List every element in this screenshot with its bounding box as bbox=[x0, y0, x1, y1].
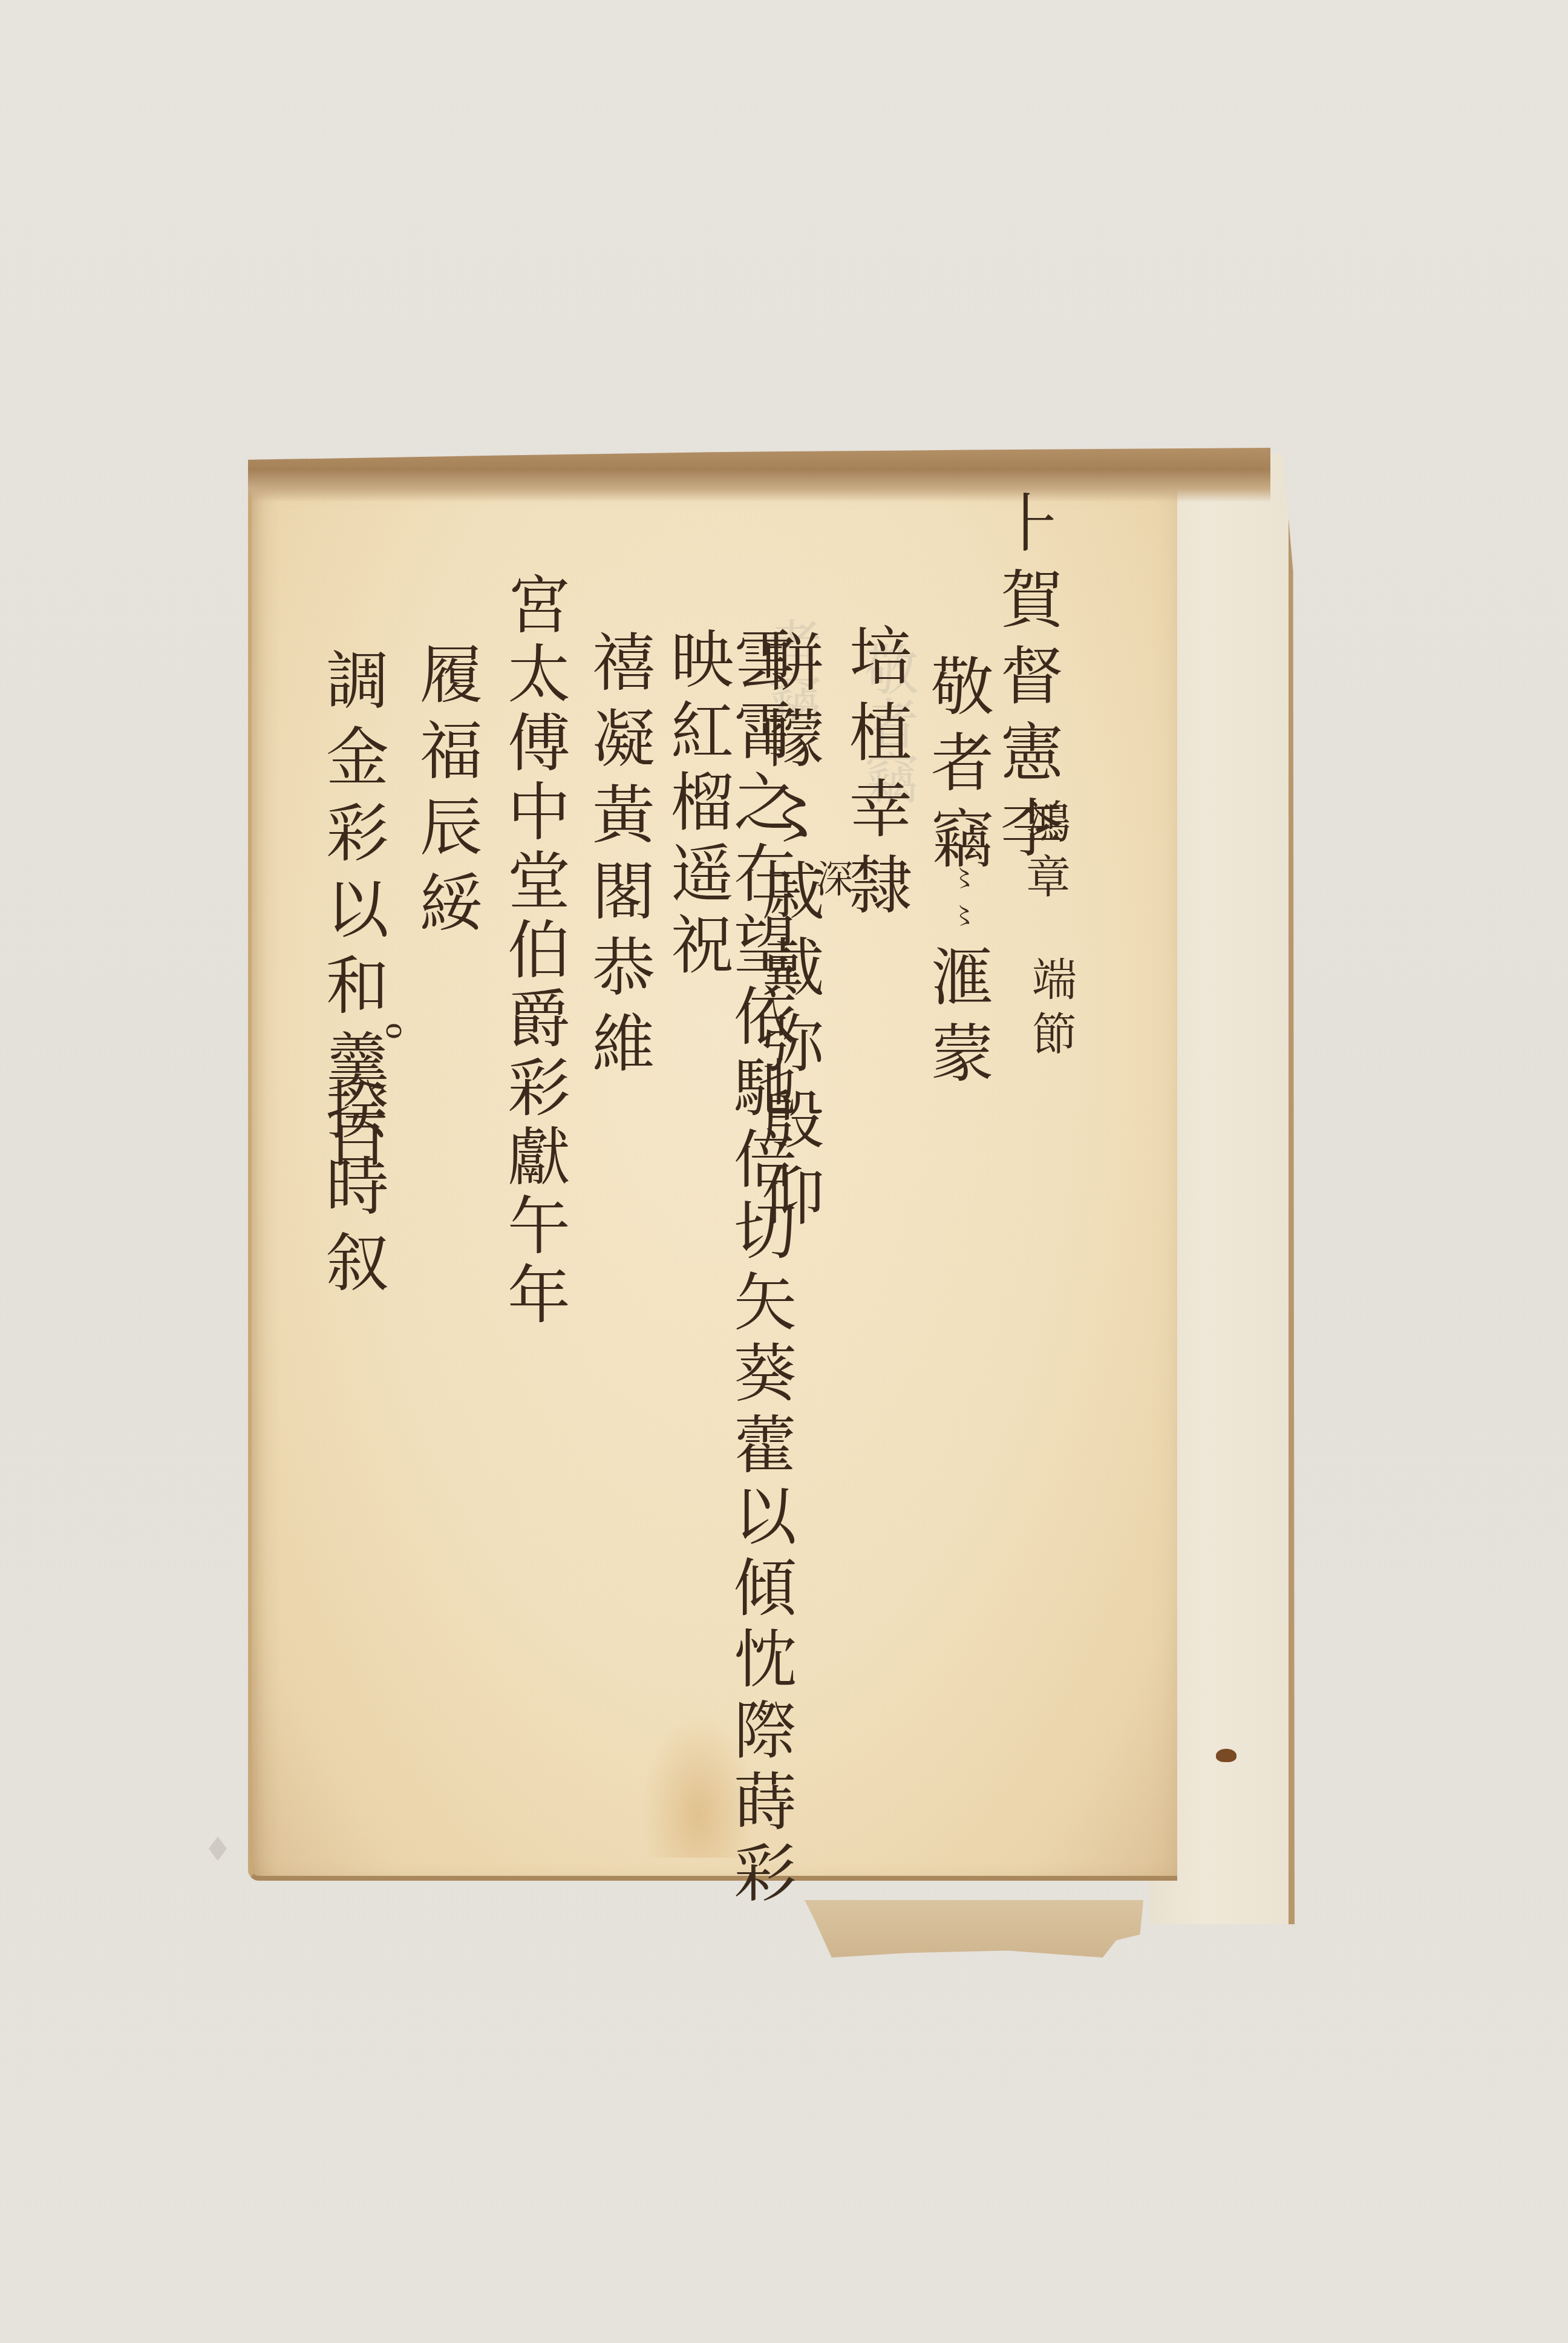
column-2-tail: 滙蒙 bbox=[926, 944, 988, 1096]
festival-name: 端節 bbox=[1025, 956, 1077, 1065]
column-6: 禧凝黃閣恭維 bbox=[587, 629, 650, 1087]
repeat-marks: 〻〻 bbox=[950, 865, 974, 940]
worm-hole bbox=[1216, 1749, 1236, 1762]
correction-note: 深 bbox=[805, 859, 858, 897]
column-9-tail: 揆時叙 bbox=[321, 1077, 384, 1306]
honorific-name: 鴻章 bbox=[1019, 799, 1071, 908]
circle-mark: o bbox=[380, 1023, 413, 1040]
column-5: 雲霄之在望依馳倍切矢葵藿以傾忱際蒔彩映紅榴遥祝 bbox=[665, 626, 791, 1912]
column-2: 敬者竊 bbox=[926, 654, 988, 882]
column-1-names: 鴻章 bbox=[1022, 799, 1067, 908]
manuscript-book: 敬者竊 者竊 ⺊賀督憲李 鴻章 端節 敬者竊 〻〻 滙蒙 培植幸隸 帡幪〻戚戴弥… bbox=[248, 448, 1295, 1912]
column-1-suffix: 端節 bbox=[1028, 956, 1073, 1065]
column-8: 履福辰綏 bbox=[414, 641, 477, 946]
background-fleck bbox=[209, 1837, 227, 1861]
worn-top-edge bbox=[248, 448, 1270, 502]
column-7: 宮太傅中堂伯爵彩獻午年 bbox=[502, 572, 565, 1331]
column-2-text: 敬者竊 bbox=[920, 654, 994, 882]
